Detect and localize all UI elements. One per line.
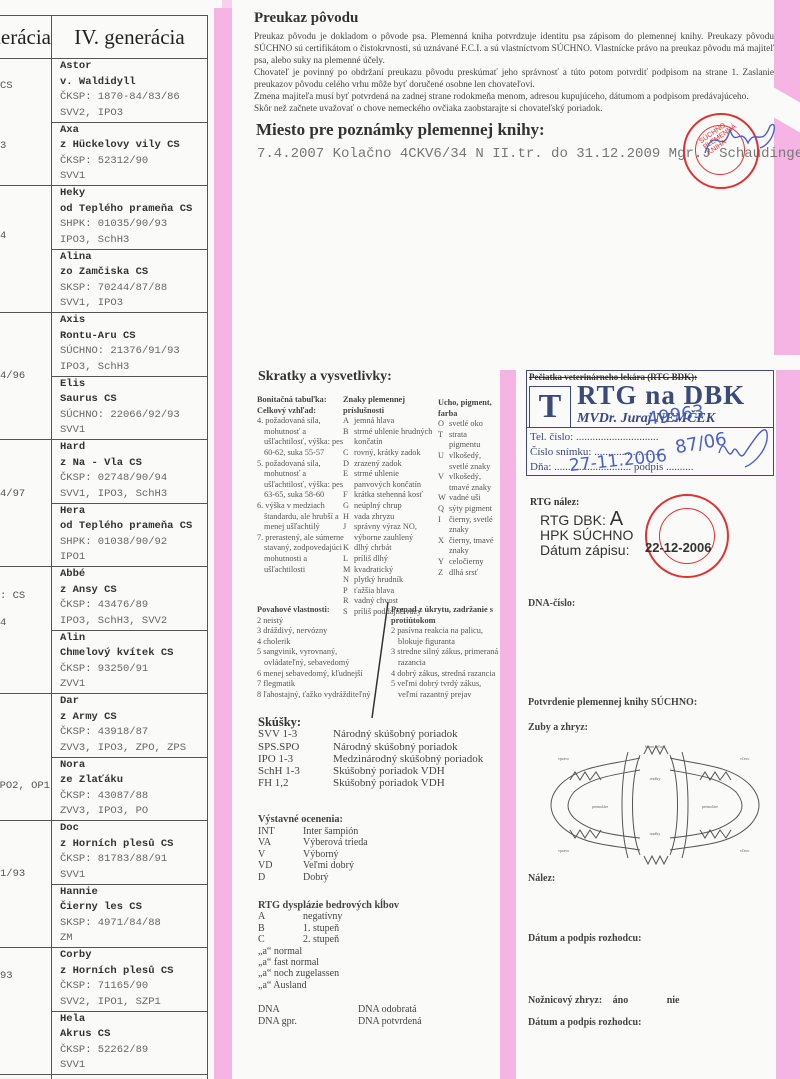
temperament-title: Povahové vlastnosti: xyxy=(257,605,377,616)
ear-pigment-title: Ucho, pigment, farba xyxy=(438,398,498,419)
svg-text:dolná čeľusť: dolná čeľusť xyxy=(645,864,666,865)
bonitation-title: Bonitačná tabuľka: xyxy=(257,395,345,406)
pedigree-cell: HelaAkrus CSČKSP: 52262/89SVV1 xyxy=(53,1012,206,1074)
dog-registration: SKSP: 70244/87/88 xyxy=(60,281,206,297)
rtg-label: RTG nález: xyxy=(530,497,579,508)
dog-kennel: Čierny les CS xyxy=(60,900,206,916)
pedigree-cell: Darz Army CSČKSP: 43918/87ZVV3, IPO3, ZP… xyxy=(53,694,206,756)
legend-row: C2. stupeň xyxy=(258,934,498,945)
dog-kennel: Rontu-Aru CS xyxy=(60,329,206,345)
legend-key: N xyxy=(343,575,354,586)
dog-titles: SVV2, IPO1, SZP1 xyxy=(60,995,206,1011)
dog-name: Corby xyxy=(60,948,206,964)
dog-titles: SVV1 xyxy=(60,868,206,884)
legend-key: VA xyxy=(258,837,303,849)
legend-value: Dobrý xyxy=(303,872,329,884)
legend-value: plytký hrudník xyxy=(354,575,403,586)
legend-item: 7. prerastený, ale súmerne stavaný, zodp… xyxy=(257,533,345,575)
legend-key: B xyxy=(258,923,303,934)
dog-titles: SVV1 xyxy=(60,1058,206,1074)
pedigree-cell: AlinChmelový kvítek CSČKSP: 93250/91ZVV1 xyxy=(53,631,206,693)
legend-row: Ajemná hlava xyxy=(343,416,435,427)
legend-row: Wvadné uši xyxy=(438,493,498,504)
legend-key: D xyxy=(258,872,303,884)
legend-row: SchH 1-3Skúšobný poriadok VDH xyxy=(258,765,498,777)
legend-key: Z xyxy=(438,568,449,579)
legend-value: ťažšia hlava xyxy=(354,586,394,597)
entry-date-value: 22-12-2006 xyxy=(645,540,712,555)
svg-text:vľavo: vľavo xyxy=(740,756,749,761)
dog-kennel: v. Waldidyll xyxy=(60,75,206,91)
gen3-fragment: : CS xyxy=(0,590,50,602)
vet-stamp: Pečiatka veterinárneho lekára (RTG BDK):… xyxy=(526,370,774,476)
pedigree-cell: HannieČierny les CSSKSP: 4971/84/88ZM xyxy=(53,885,206,947)
pedigree-cell: Hardz Na - Vla CSČKSP: 02748/90/94SVV1, … xyxy=(53,440,206,502)
dog-titles: SVV1, IPO3 xyxy=(60,296,206,312)
gen3-fragment: 4/96 xyxy=(0,370,50,382)
pink-strip-middle xyxy=(500,370,516,1079)
legend-row: Bstrmé uhlenie hrudných končatín xyxy=(343,427,435,448)
legend-row: DNADNA odobratá xyxy=(258,1004,498,1015)
dog-kennel: Chmelový kvítek CS xyxy=(60,646,206,662)
svg-text:premoláre: premoláre xyxy=(592,804,608,809)
legend-key: Y xyxy=(438,557,449,568)
tel-label: Tel. číslo: xyxy=(530,431,573,443)
legend-key: T xyxy=(438,430,449,451)
legend-row: Osvetlé oko xyxy=(438,419,498,430)
legend-row: Hvada zhryzu xyxy=(343,512,435,523)
intro-paragraph-1: Preukaz pôvodu je dokladom o pôvode psa.… xyxy=(254,31,774,67)
legend-value: Medzinárodný skúšobný poriadok xyxy=(333,753,483,765)
dog-titles: ZVV3, IPO3, ZPO, ZPS xyxy=(60,741,206,757)
legend-row: Estrmé uhlenie panvových končatín xyxy=(343,469,435,490)
dog-name: Abbé xyxy=(60,567,206,583)
dog-titles: IPO3, SchH3, SVV2 xyxy=(60,614,206,630)
pedigree-cell: Corbyz Horních plesů CSČKSP: 71165/90SVV… xyxy=(53,948,206,1010)
dog-name: Alina xyxy=(60,250,206,266)
dog-registration: ČKSP: 81783/88/91 xyxy=(60,852,206,868)
judge-sign-label-1: Dátum a podpis rozhodcu: xyxy=(528,933,641,944)
legend-value: 1. stupeň xyxy=(303,923,339,934)
dog-kennel: od Teplého prameňa CS xyxy=(60,202,206,218)
column-divider xyxy=(51,15,52,1079)
legend-value: Skúšobný poriadok VDH xyxy=(333,765,445,777)
legend-row: VVýborný xyxy=(258,849,498,861)
legend-item: 2 neistý xyxy=(257,616,377,627)
legend-item: „a“ normal xyxy=(258,946,498,957)
dog-name: Axa xyxy=(60,123,206,139)
legend-value: čierny, svetlé znaky xyxy=(449,515,498,536)
legend-value: Veľmi dobrý xyxy=(303,860,354,872)
breed-marks-title: Znaky plemennej príslušnosti xyxy=(343,395,435,416)
dog-titles: ZVV1 xyxy=(60,677,206,693)
legend-key: SVV 1-3 xyxy=(258,728,333,740)
gen3-fragment: 3 xyxy=(0,140,50,152)
dog-kennel: z Horních plesů CS xyxy=(60,964,206,980)
legend-value: celočierny xyxy=(449,557,484,568)
svg-text:rezáky: rezáky xyxy=(650,776,661,781)
legend-key: C xyxy=(343,448,354,459)
vet-signature-icon xyxy=(715,423,775,473)
gen3-fragment: 93 xyxy=(0,970,50,982)
legend-value: kvadratický xyxy=(354,565,393,576)
legend-row: VAVýberová trieda xyxy=(258,837,498,849)
legend-item: 5 sangvinik, vyrovnaný, ovládateľný, seb… xyxy=(257,647,377,668)
svg-text:vľavo: vľavo xyxy=(740,848,749,853)
legend-value: DNA odobratá xyxy=(358,1004,417,1015)
legend-key: E xyxy=(343,469,354,490)
legend-key: O xyxy=(438,419,449,430)
legend-row: SPS.SPONárodný skúšobný poriadok xyxy=(258,741,498,753)
legend-item: „a“ fast normal xyxy=(258,957,498,968)
legend-value: sýty pigment xyxy=(449,504,492,515)
dog-registration: SHPK: 01038/90/92 xyxy=(60,535,206,551)
legend-item: 4 cholerik xyxy=(257,637,377,648)
certificate-intro: Preukaz pôvodu Preukaz pôvodu je doklado… xyxy=(254,10,774,115)
legend-key: I xyxy=(438,515,449,536)
hd-a-list: „a“ normal„a“ fast normal„a“ noch zugela… xyxy=(258,946,498,992)
dog-kennel: Akrus CS xyxy=(60,1027,206,1043)
pink-strip-left-top xyxy=(222,0,232,12)
gen4-header: IV. generácia xyxy=(52,16,207,58)
dog-name: Hannie xyxy=(60,885,206,901)
legend-row: Fkrátka stehenná kosť xyxy=(343,490,435,501)
ear-pigment-section: Ucho, pigment, farba Osvetlé okoTstrata … xyxy=(438,398,498,578)
dog-registration: ČKSP: 1870-84/83/86 xyxy=(60,90,206,106)
dog-titles: SVV2, IPO3 xyxy=(60,106,206,122)
dog-name: Dar xyxy=(60,694,206,710)
legend-item: 7 flegmatik xyxy=(257,679,377,690)
pink-strip-right-top xyxy=(774,0,800,355)
legend-key: DNA xyxy=(258,1004,358,1015)
legend-row: Vvlkošedý, tmavé znaky xyxy=(438,472,498,493)
pedigree-cell: ElisSaurus CSSÚCHNO: 22066/92/93SVV1 xyxy=(53,377,206,439)
legend-value: Výborný xyxy=(303,849,339,861)
legend-item: 2 pasívna reakcia na palicu, blokuje fig… xyxy=(391,626,501,647)
legend-key: IPO 1-3 xyxy=(258,753,333,765)
gen3-fragment: 4 xyxy=(0,230,50,242)
gen3-fragment: 4 xyxy=(0,617,50,629)
legend-key: X xyxy=(438,536,449,557)
legend-item: 5. požadovaná sila, mohutnosť a ušľachti… xyxy=(257,459,345,501)
show-title: Výstavné ocenenia: xyxy=(258,814,498,826)
dog-kennel: z Army CS xyxy=(60,710,206,726)
date-label: Dňa: xyxy=(530,461,551,473)
legend-item: 6 menej sebavedomý, kľudnejší xyxy=(257,669,377,680)
dog-titles: SVV1 xyxy=(60,423,206,439)
dog-registration: ČKSP: 52262/89 xyxy=(60,1043,206,1059)
pedigree-cell: Abbéz Ansy CSČKSP: 43476/89IPO3, SchH3, … xyxy=(53,567,206,629)
dog-registration: SÚCHNO: 21376/91/93 xyxy=(60,344,206,360)
legend-row: Ičierny, svetlé znaky xyxy=(438,515,498,536)
intro-paragraph-2: Chovateľ je povinný po obdržaní preukazu… xyxy=(254,67,774,91)
stamp-letter: T xyxy=(529,386,571,428)
teeth-diagram: horná čeľusť dolná čeľusť premoláre prem… xyxy=(540,740,770,865)
hd-section: RTG dysplázie bedrových kĺbov Anegatívny… xyxy=(258,900,498,1027)
dog-kennel: ze Zlaťáku xyxy=(60,773,206,789)
gen3-fragment: 1/93 xyxy=(0,868,50,880)
dog-titles: ZM xyxy=(60,931,206,947)
hpk-stamp xyxy=(645,494,729,578)
legend-row: Jsprávny výraz NO, výborne zauhlený xyxy=(343,522,435,543)
legend-value: Výberová trieda xyxy=(303,837,368,849)
legend-value: neúplný chrup xyxy=(354,501,402,512)
bonitation-list: 4. požadovaná sila, mohutnosť a ušľachti… xyxy=(257,416,345,575)
dog-titles: SVV1, IPO3, SchH3 xyxy=(60,487,206,503)
legend-value: rovný, krátky zadok xyxy=(354,448,421,459)
legend-row: Yceločierny xyxy=(438,557,498,568)
pedigree-cell: Noraze ZlaťákuČKSP: 43087/88ZVV3, IPO3, … xyxy=(53,758,206,820)
legend-row: Qsýty pigment xyxy=(438,504,498,515)
hd-list: AnegatívnyB1. stupeňC2. stupeň xyxy=(258,911,498,945)
pedigree-cell: Axaz Hückelovy vily CSČKSP: 52312/90SVV1 xyxy=(53,123,206,185)
gen3-header: III. generácia xyxy=(0,16,51,58)
dog-kennel: z Ansy CS xyxy=(60,583,206,599)
pedigree-cell: Astorv. WaldidyllČKSP: 1870-84/83/86SVV2… xyxy=(53,59,206,121)
legend-key: V xyxy=(438,472,449,493)
svg-text:horná čeľusť: horná čeľusť xyxy=(645,744,666,749)
section-slash xyxy=(368,600,392,720)
notes-title: Miesto pre poznámky plemennej knihy: xyxy=(256,120,545,140)
legend-item: „a“ Ausland xyxy=(258,980,498,991)
legend-row: INTInter šampión xyxy=(258,826,498,838)
legend-value: vadné uši xyxy=(449,493,481,504)
dog-name: Alin xyxy=(60,631,206,647)
legend-item: „a“ noch zugelassen xyxy=(258,968,498,979)
dog-kennel: z Horních plesů CS xyxy=(60,837,206,853)
finding-label: Nález: xyxy=(528,873,555,884)
legend-value: dlhá srsť xyxy=(449,568,478,579)
legend-value: strmé uhlenie hrudných končatín xyxy=(354,427,435,448)
legend-key: F xyxy=(343,490,354,501)
dog-titles: IPO3, SchH3 xyxy=(60,360,206,376)
legend-row: Lpríliš dlhý xyxy=(343,554,435,565)
legend-key: W xyxy=(438,493,449,504)
svg-text:vpravo: vpravo xyxy=(558,848,569,853)
exams-section: Skúšky: SVV 1-3Národný skúšobný poriadok… xyxy=(258,716,498,790)
legend-key: A xyxy=(343,416,354,427)
legend-key: INT xyxy=(258,826,303,838)
legend-key: V xyxy=(258,849,303,861)
temperament-list: 2 neistý3 dráždivý, nervózny4 cholerik5 … xyxy=(257,616,377,701)
dog-registration: SHPK: 01035/90/93 xyxy=(60,217,206,233)
entry-date-label: Dátum zápisu: xyxy=(540,542,629,558)
gen3-fragment: CS xyxy=(0,80,50,92)
signature-icon xyxy=(700,118,780,168)
legend-row: Nplytký hrudník xyxy=(343,575,435,586)
scissor-bite-label: Nožnicový zhryz: xyxy=(528,995,602,1006)
legend-key: SPS.SPO xyxy=(258,741,333,753)
certificate-title: Preukaz pôvodu xyxy=(254,10,774,27)
pedigree-cell: Heraod Teplého prameňa CSSHPK: 01038/90/… xyxy=(53,504,206,566)
legend-value: negatívny xyxy=(303,911,342,922)
legend-row: Mkvadratický xyxy=(343,565,435,576)
legend-key: FH 1,2 xyxy=(258,777,333,789)
judge-sign-label-2: Dátum a podpis rozhodcu: xyxy=(528,1017,641,1028)
legend-value: správny výraz NO, výborne zauhlený xyxy=(354,522,435,543)
legend-row: Zdlhá srsť xyxy=(438,568,498,579)
hpk-label: HPK SÚCHNO xyxy=(540,528,633,543)
legend-item: 5 veľmi dobrý tvrdý zákus, veľmi razantn… xyxy=(391,679,501,700)
legend-item: 8 ľahostajný, ťažko vydrážditeľný xyxy=(257,690,377,701)
legend-value: čierny, tmavé znaky xyxy=(449,536,498,557)
dog-kennel: zo Zamčiska CS xyxy=(60,265,206,281)
dog-name: Hard xyxy=(60,440,206,456)
dog-titles: IPO3, SchH3 xyxy=(60,233,206,249)
legend-value: 2. stupeň xyxy=(303,934,339,945)
pink-strip-right-bottom xyxy=(776,370,800,1079)
legend-row: FH 1,2Skúšobný poriadok VDH xyxy=(258,777,498,789)
legend-key: P xyxy=(343,586,354,597)
legend-value: krátka stehenná kosť xyxy=(354,490,423,501)
hd-title: RTG dysplázie bedrových kĺbov xyxy=(258,900,498,911)
dog-name: Heky xyxy=(60,186,206,202)
legend-value: Národný skúšobný poriadok xyxy=(333,728,458,740)
legend-value: jemná hlava xyxy=(354,416,394,427)
legend-value: strata pigmentu xyxy=(449,430,498,451)
legend-value: vada zhryzu xyxy=(354,512,394,523)
legend-row: DDobrý xyxy=(258,872,498,884)
legend-value: svetlé oko xyxy=(449,419,483,430)
legend-row: Uvlkošedý, svetlé znaky xyxy=(438,451,498,472)
hiding-title: Prepad z úkrytu, zadržanie s protiútokom xyxy=(391,605,501,626)
legend-row: B1. stupeň xyxy=(258,923,498,934)
bonitation-subtitle: Celkový vzhľad: xyxy=(257,406,345,417)
legend-row: Anegatívny xyxy=(258,911,498,922)
legend-key: M xyxy=(343,565,354,576)
dog-kennel: od Teplého prameňa CS xyxy=(60,519,206,535)
legend-row: DNA gpr.DNA potvrdená xyxy=(258,1016,498,1027)
legend-key: L xyxy=(343,554,354,565)
legend-row: Kdlhý chrbát xyxy=(343,543,435,554)
legend-row: IPO 1-3Medzinárodný skúšobný poriadok xyxy=(258,753,498,765)
dbk-label: RTG DBK: xyxy=(540,512,606,528)
show-section: Výstavné ocenenia: INTInter šampiónVAVýb… xyxy=(258,814,498,884)
legend-value: zrazený zadok xyxy=(354,459,402,470)
dog-registration: ČKSP: 43087/88 xyxy=(60,789,206,805)
legend-key: B xyxy=(343,427,354,448)
show-list: INTInter šampiónVAVýberová triedaVVýborn… xyxy=(258,826,498,884)
dog-registration: ČKSP: 02748/90/94 xyxy=(60,471,206,487)
dog-registration: ČKSP: 93250/91 xyxy=(60,662,206,678)
gen3-fragment: PO2, OP1 xyxy=(0,780,50,792)
table-border-right xyxy=(207,15,208,1079)
legend-value: dlhý chrbát xyxy=(354,543,392,554)
legend-key: D xyxy=(343,459,354,470)
dog-titles: IPO1 xyxy=(60,550,206,566)
legend-value: Skúšobný poriadok VDH xyxy=(333,777,445,789)
hiding-section: Prepad z úkrytu, zadržanie s protiútokom… xyxy=(391,605,501,700)
dog-kennel: Saurus CS xyxy=(60,392,206,408)
dog-registration: ČKSP: 43918/87 xyxy=(60,725,206,741)
tel-row: Tel. číslo: ............................… xyxy=(530,431,658,443)
rtg-finding: RTG DBK: A HPK SÚCHNO Dátum zápisu: xyxy=(540,512,633,558)
scissor-bite-no[interactable]: nie xyxy=(667,995,680,1006)
legend-value: strmé uhlenie panvových končatín xyxy=(354,469,435,490)
dna-number-label: DNA-číslo: xyxy=(528,598,575,609)
teeth-label: Zuby a zhryz: xyxy=(528,722,588,733)
scissor-bite-row: Nožnicový zhryz: áno nie xyxy=(528,995,680,1006)
dog-name: Astor xyxy=(60,59,206,75)
legend-value: príliš dlhý xyxy=(354,554,388,565)
dog-name: Hela xyxy=(60,1012,206,1028)
dog-registration: ČKSP: 71165/90 xyxy=(60,979,206,995)
legend-value: Inter šampión xyxy=(303,826,358,838)
legend-value: vlkošedý, svetlé znaky xyxy=(449,451,498,472)
legend-key: A xyxy=(258,911,303,922)
gen3-fragment: 4/97 xyxy=(0,488,50,500)
pink-strip-left xyxy=(214,8,232,1079)
dog-name: Elis xyxy=(60,377,206,393)
svg-text:premoláre: premoláre xyxy=(702,804,718,809)
legend-item: 4. požadovaná sila, mohutnosť a ušľachti… xyxy=(257,416,345,458)
legend-key: SchH 1-3 xyxy=(258,765,333,777)
legend-item: 4 dobrý zákus, stredná razancia xyxy=(391,669,501,680)
legend-row: Gneúplný chrup xyxy=(343,501,435,512)
legend-row: Xčierny, tmavé znaky xyxy=(438,536,498,557)
legend-row: SVV 1-3Národný skúšobný poriadok xyxy=(258,728,498,740)
legend-key: J xyxy=(343,522,354,543)
pedigree-cell: Hekyod Teplého prameňa CSSHPK: 01035/90/… xyxy=(53,186,206,248)
legend-key: K xyxy=(343,543,354,554)
breed-marks-section: Znaky plemennej príslušnosti Ajemná hlav… xyxy=(343,395,435,617)
intro-paragraph-3: Zmena majiteľa musí byť potvrdená na zad… xyxy=(254,91,774,103)
legend-key: C xyxy=(258,934,303,945)
exams-list: SVV 1-3Národný skúšobný poriadokSPS.SPON… xyxy=(258,728,498,789)
legend-row: Crovný, krátky zadok xyxy=(343,448,435,459)
legend-key: G xyxy=(343,501,354,512)
pedigree-cell: AxisRontu-Aru CSSÚCHNO: 21376/91/93IPO3,… xyxy=(53,313,206,375)
legend-value: Národný skúšobný poriadok xyxy=(333,741,458,753)
legend-row: Dzrazený zadok xyxy=(343,459,435,470)
breed-marks-list: Ajemná hlavaBstrmé uhlenie hrudných konč… xyxy=(343,416,435,617)
row-divider xyxy=(0,1074,208,1075)
legend-key: DNA gpr. xyxy=(258,1016,358,1027)
legend-row: Pťažšia hlava xyxy=(343,586,435,597)
intro-paragraph-4: Skôr než začnete uvažovať o chove nemeck… xyxy=(254,103,774,115)
legend-value: vlkošedý, tmavé znaky xyxy=(449,472,498,493)
dog-titles: SVV1 xyxy=(60,169,206,185)
scissor-bite-yes[interactable]: áno xyxy=(613,995,629,1006)
legend-row: VDVeľmi dobrý xyxy=(258,860,498,872)
dna-list: DNADNA odobratáDNA gpr.DNA potvrdená xyxy=(258,1004,498,1027)
ear-pigment-list: Osvetlé okoTstrata pigmentuUvlkošedý, sv… xyxy=(438,419,498,578)
dog-registration: ČKSP: 43476/89 xyxy=(60,598,206,614)
pedigree-cell: Alinazo Zamčiska CSSKSP: 70244/87/88SVV1… xyxy=(53,250,206,312)
pedigree-table: III. generácia IV. generácia Astorv. Wal… xyxy=(0,0,209,1079)
studbook-confirm-label: Potvrdenie plemennej knihy SÚCHNO: xyxy=(528,697,697,708)
pedigree-cell: Docz Horních plesů CSČKSP: 81783/88/91SV… xyxy=(53,821,206,883)
dog-kennel: z Hückelovy vily CS xyxy=(60,138,206,154)
legend-key: H xyxy=(343,512,354,523)
legend-key: U xyxy=(438,451,449,472)
legend-item: 3 stredne silný zákus, primeraná razanci… xyxy=(391,647,501,668)
legend-key: VD xyxy=(258,860,303,872)
abbrev-title: Skratky a vysvetlivky: xyxy=(258,369,392,385)
dog-registration: SKSP: 4971/84/88 xyxy=(60,916,206,932)
legend-item: 3 dráždivý, nervózny xyxy=(257,626,377,637)
bonitation-section: Bonitačná tabuľka: Celkový vzhľad: 4. po… xyxy=(257,395,345,575)
exams-title: Skúšky: xyxy=(258,716,498,728)
legend-key: Q xyxy=(438,504,449,515)
dog-name: Nora xyxy=(60,758,206,774)
hiding-list: 2 pasívna reakcia na palicu, blokuje fig… xyxy=(391,626,501,700)
svg-text:vpravo: vpravo xyxy=(558,756,569,761)
dog-name: Doc xyxy=(60,821,206,837)
dog-registration: ČKSP: 52312/90 xyxy=(60,154,206,170)
legend-row: Tstrata pigmentu xyxy=(438,430,498,451)
dog-name: Hera xyxy=(60,504,206,520)
